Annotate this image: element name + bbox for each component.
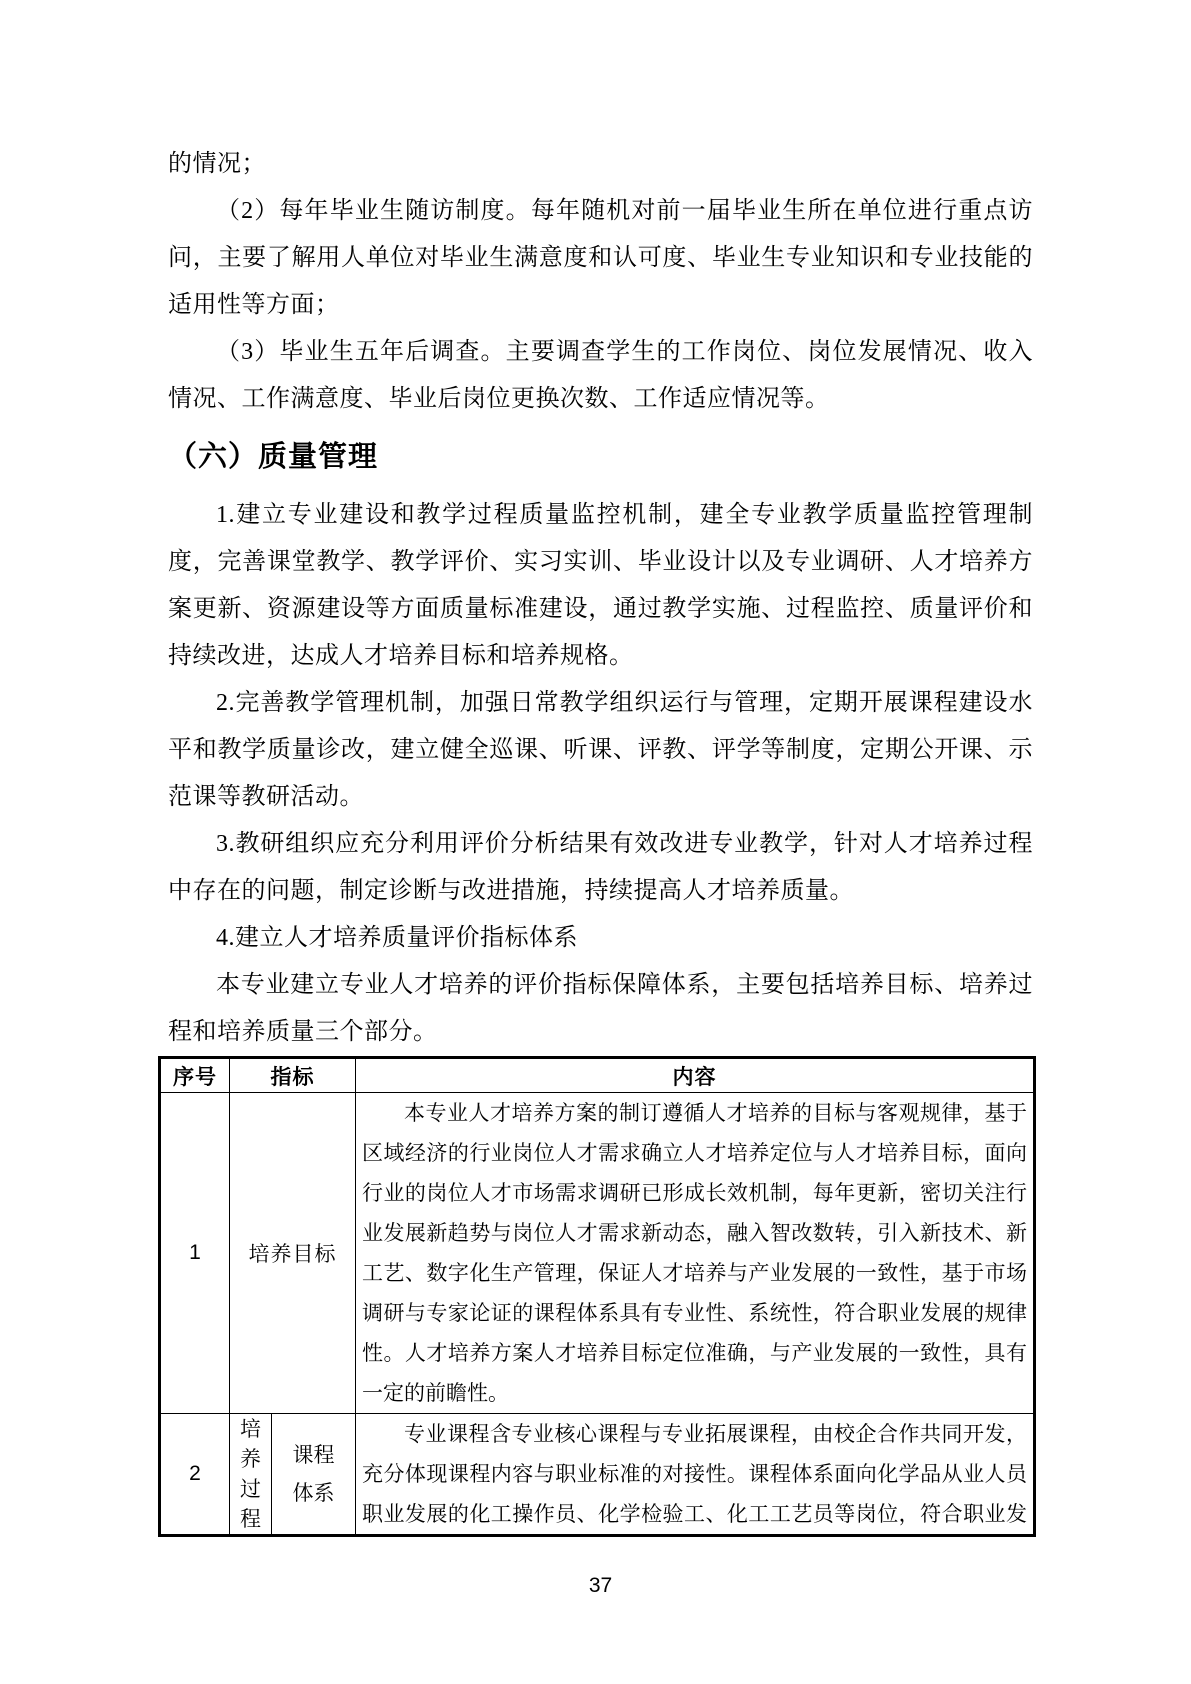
document-page: 的情况； （2）每年毕业生随访制度。每年随机对前一届毕业生所在单位进行重点访问，… <box>0 0 1191 1684</box>
row2-content-cell: 专业课程含专业核心课程与专业拓展课程，由校企合作共同开发，充分体现课程内容与职业… <box>356 1414 1035 1536</box>
paragraph-quality-4: 4.建立人才培养质量评价指标体系 <box>168 915 1033 962</box>
paragraph-quality-3: 3.教研组织应充分利用评价分析结果有效改进专业教学，针对人才培养过程中存在的问题… <box>168 821 1033 915</box>
row2-indicator-sub: 课程体系 <box>272 1414 356 1536</box>
row1-content-text: 本专业人才培养方案的制订遵循人才培养的目标与客观规律，基于区域经济的行业岗位人才… <box>362 1093 1027 1413</box>
evaluation-indicator-table: 序号 指标 内容 1 培养目标 本专业人才培养方案的制订遵循人才培养的目标与客观… <box>158 1056 1036 1537</box>
row2-content-text: 专业课程含专业核心课程与专业拓展课程，由校企合作共同开发，充分体现课程内容与职业… <box>362 1414 1027 1534</box>
section-heading: （六）质量管理 <box>168 437 1033 478</box>
row1-indicator: 培养目标 <box>230 1093 356 1414</box>
row2-serial-number: 2 <box>160 1414 230 1536</box>
page-number: 37 <box>168 1573 1033 1599</box>
row2-indicator-group: 培养过程 <box>230 1414 272 1536</box>
paragraph-item-2: （2）每年毕业生随访制度。每年随机对前一届毕业生所在单位进行重点访问，主要了解用… <box>168 188 1033 329</box>
table-row-1: 1 培养目标 本专业人才培养方案的制订遵循人才培养的目标与客观规律，基于区域经济… <box>160 1093 1035 1414</box>
paragraph-quality-1: 1.建立专业建设和教学过程质量监控机制，建全专业教学质量监控管理制度，完善课堂教… <box>168 492 1033 680</box>
header-indicator: 指标 <box>230 1058 356 1093</box>
paragraph-continuation: 的情况； <box>168 141 1033 188</box>
paragraph-quality-2: 2.完善教学管理机制，加强日常教学组织运行与管理，定期开展课程建设水平和教学质量… <box>168 680 1033 821</box>
table-row-2: 2 培养过程 课程体系 专业课程含专业核心课程与专业拓展课程，由校企合作共同开发… <box>160 1414 1035 1536</box>
header-serial-number: 序号 <box>160 1058 230 1093</box>
row1-serial-number: 1 <box>160 1093 230 1414</box>
table-header-row: 序号 指标 内容 <box>160 1058 1035 1093</box>
row1-content-cell: 本专业人才培养方案的制订遵循人才培养的目标与客观规律，基于区域经济的行业岗位人才… <box>356 1093 1035 1414</box>
paragraph-item-3: （3）毕业生五年后调查。主要调查学生的工作岗位、岗位发展情况、收入情况、工作满意… <box>168 329 1033 423</box>
paragraph-quality-intro: 本专业建立专业人才培养的评价指标保障体系，主要包括培养目标、培养过程和培养质量三… <box>168 962 1033 1056</box>
header-content: 内容 <box>356 1058 1035 1093</box>
